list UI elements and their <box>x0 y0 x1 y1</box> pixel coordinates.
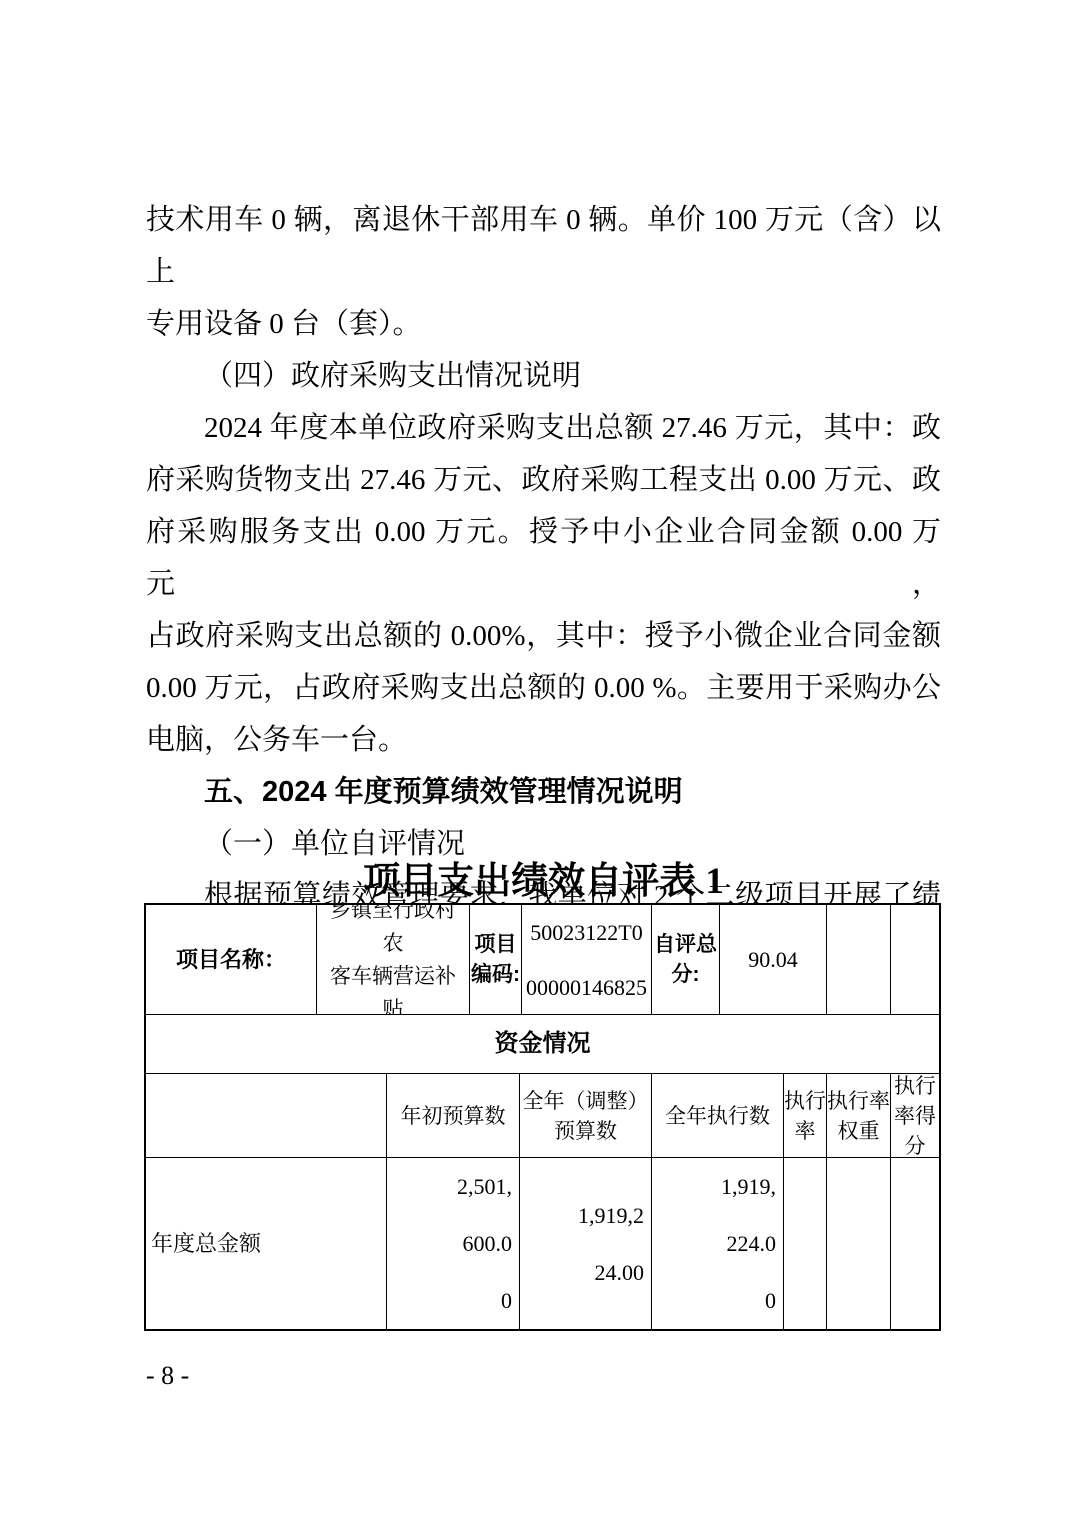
body-line: 技术用车 0 辆，离退休干部用车 0 辆。单价 100 万元（含）以上 <box>146 194 941 298</box>
empty-cell <box>827 905 891 1014</box>
body-line: 府采购货物支出 27.46 万元、政府采购工程支出 0.00 万元、政 <box>146 454 941 506</box>
cell-exec-rate-weight <box>827 1158 891 1329</box>
self-score-label: 自评总 分: <box>652 905 720 1014</box>
project-code-label: 项目 编码: <box>470 905 522 1014</box>
fund-section-title: 资金情况 <box>146 1015 939 1073</box>
body-line: 电脑，公务车一台。 <box>146 714 941 766</box>
document-page: 技术用车 0 辆，离退休干部用车 0 辆。单价 100 万元（含）以上 专用设备… <box>0 0 1075 1520</box>
cell-executed: 1,919, 224.0 0 <box>652 1158 784 1329</box>
cell-adjusted-budget: 1,919,2 24.00 <box>520 1158 652 1329</box>
body-line: 0.00 万元，占政府采购支出总额的 0.00 %。主要用于采购办公 <box>146 662 941 714</box>
col-header-adjusted-budget: 全年（调整） 预算数 <box>520 1074 652 1157</box>
performance-self-evaluation-table: 项目名称： 乡镇至行政村农 客车辆营运补贴 项目 编码: 50023122T0 … <box>144 903 941 1331</box>
page-number: - 8 - <box>146 1356 189 1396</box>
col-header-exec-rate-weight: 执行率 权重 <box>827 1074 891 1157</box>
col-header-blank <box>146 1074 387 1157</box>
cell-initial-budget: 2,501, 600.0 0 <box>387 1158 520 1329</box>
col-header-initial-budget: 年初预算数 <box>387 1074 520 1157</box>
cell-exec-rate <box>784 1158 827 1329</box>
body-line: 专用设备 0 台（套）。 <box>146 298 941 350</box>
empty-cell <box>891 905 939 1014</box>
cell-exec-rate-score <box>891 1158 939 1329</box>
project-code-value: 50023122T0 00000146825 <box>522 905 652 1014</box>
row-label-annual-total: 年度总金额 <box>146 1158 387 1329</box>
col-header-executed: 全年执行数 <box>652 1074 784 1157</box>
project-name-label: 项目名称： <box>146 905 317 1014</box>
table-row-section: 资金情况 <box>146 1015 939 1074</box>
body-line: 占政府采购支出总额的 0.00%，其中：授予小微企业合同金额 <box>146 610 941 662</box>
project-name-value: 乡镇至行政村农 客车辆营运补贴 <box>317 905 470 1014</box>
section-heading-five: 五、2024 年度预算绩效管理情况说明 <box>146 766 941 818</box>
self-score-value: 90.04 <box>720 905 827 1014</box>
body-line: 2024 年度本单位政府采购支出总额 27.46 万元，其中：政 <box>146 402 941 454</box>
table-row-annual-total: 年度总金额 2,501, 600.0 0 1,919,2 24.00 1,919… <box>146 1158 939 1329</box>
body-line: 府采购服务支出 0.00 万元。授予中小企业合同金额 0.00 万元， <box>146 506 941 610</box>
table-title: 项目支出绩效自评表 1 <box>146 850 941 904</box>
section-heading-four: （四）政府采购支出情况说明 <box>146 350 941 402</box>
col-header-exec-rate: 执行 率 <box>784 1074 827 1157</box>
col-header-exec-rate-score: 执行 率得 分 <box>891 1074 939 1157</box>
table-row-header: 年初预算数 全年（调整） 预算数 全年执行数 执行 率 执行率 权重 执行 率得… <box>146 1074 939 1158</box>
table-row-project-info: 项目名称： 乡镇至行政村农 客车辆营运补贴 项目 编码: 50023122T0 … <box>146 905 939 1015</box>
